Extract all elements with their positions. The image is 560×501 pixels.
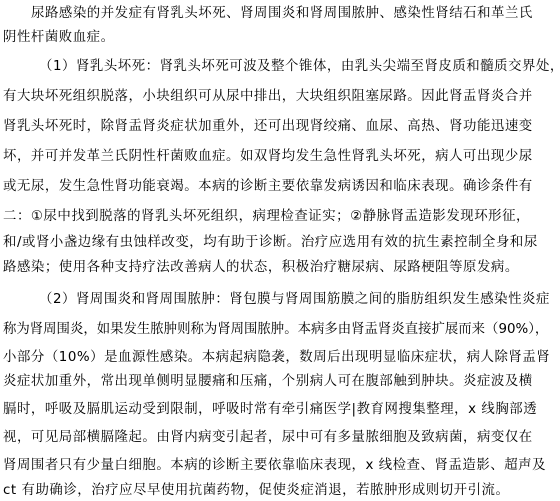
document-body: 尿路感染的并发症有肾乳头坏死、肾周围炎和肾周围脓肿、感染性肾结石和革兰氏 阴性杆… (0, 0, 560, 501)
paragraph-3-line-5: 膈时，呼吸及膈肌运动受到限制，呼吸时常有牵引痛医学|教育网搜集整理，x 线胸部透 (3, 400, 537, 420)
paragraph-1-line-2: 阴性杆菌败血症。 (3, 28, 115, 48)
paragraph-2-line-3: 肾乳头坏死时，除肾盂肾炎症状加重外，还可出现肾绞痛、血尿、高热、肾功能迅速变 (3, 117, 533, 137)
paragraph-2-line-7: 和/或肾小盏边缘有虫蚀样改变，均有助于诊断。治疗应选用有效的抗生素控制全身和尿 (3, 233, 538, 253)
paragraph-3-line-6: 视，可见局部横膈隆起。由肾内病变引起者，尿中可有多量脓细胞及致病菌，病变仅在 (3, 428, 533, 448)
paragraph-2-line-8: 路感染；使用各种支持疗法改善病人的状态，积极治疗糖尿病、尿路梗阻等原发病。 (3, 258, 519, 278)
paragraph-3-line-3: 小部分（10%）是血源性感染。本病起病隐袭，数周后出现明显临床症状，病人除肾盂肾 (3, 348, 550, 368)
paragraph-2-line-5: 或无尿，发生急性肾功能衰竭。本病的诊断主要依靠发病诱因和临床表现。确诊条件有 (3, 177, 533, 197)
paragraph-2-line-1: （1）肾乳头坏死：肾乳头坏死可波及整个锥体，由乳头尖端至肾皮质和髓质交界处， (39, 57, 560, 77)
paragraph-2-line-2: 有大块坏死组织脱落，小块组织可从尿中排出，大块组织阻塞尿路。因此肾盂肾炎合并 (3, 87, 533, 107)
paragraph-2-line-6: 二：①尿中找到脱落的肾乳头坏死组织，病理检查证实；②静脉肾盂造影发现环形征， (3, 207, 530, 227)
paragraph-3-line-1: （2）肾周围炎和肾周围脓肿：肾包膜与肾周围筋膜之间的脂肪组织发生感染性炎症 (39, 290, 550, 310)
paragraph-3-line-7: 肾周围者只有少量白细胞。本病的诊断主要依靠临床表现，x 线检查、肾盂造影、超声及 (3, 456, 546, 476)
paragraph-1-line-1: 尿路感染的并发症有肾乳头坏死、肾周围炎和肾周围脓肿、感染性肾结石和革兰氏 (31, 4, 533, 24)
paragraph-2-line-4: 坏，并可并发革兰氏阴性杆菌败血症。如双肾均发生急性肾乳头坏死，病人可出现少尿 (3, 147, 533, 167)
paragraph-3-line-2: 称为肾周围炎，如果发生脓肿则称为肾周围脓肿。本病多由肾盂肾炎直接扩展而来（90%… (3, 320, 548, 340)
paragraph-3-line-8: ct 有助确诊，治疗应尽早使用抗菌药物，促使炎症消退，若脓肿形成则切开引流。 (3, 481, 509, 501)
paragraph-3-line-4: 炎症状加重外，常出现单侧明显腰痛和压痛，个别病人可在腹部触到肿块。炎症波及横 (3, 372, 533, 392)
